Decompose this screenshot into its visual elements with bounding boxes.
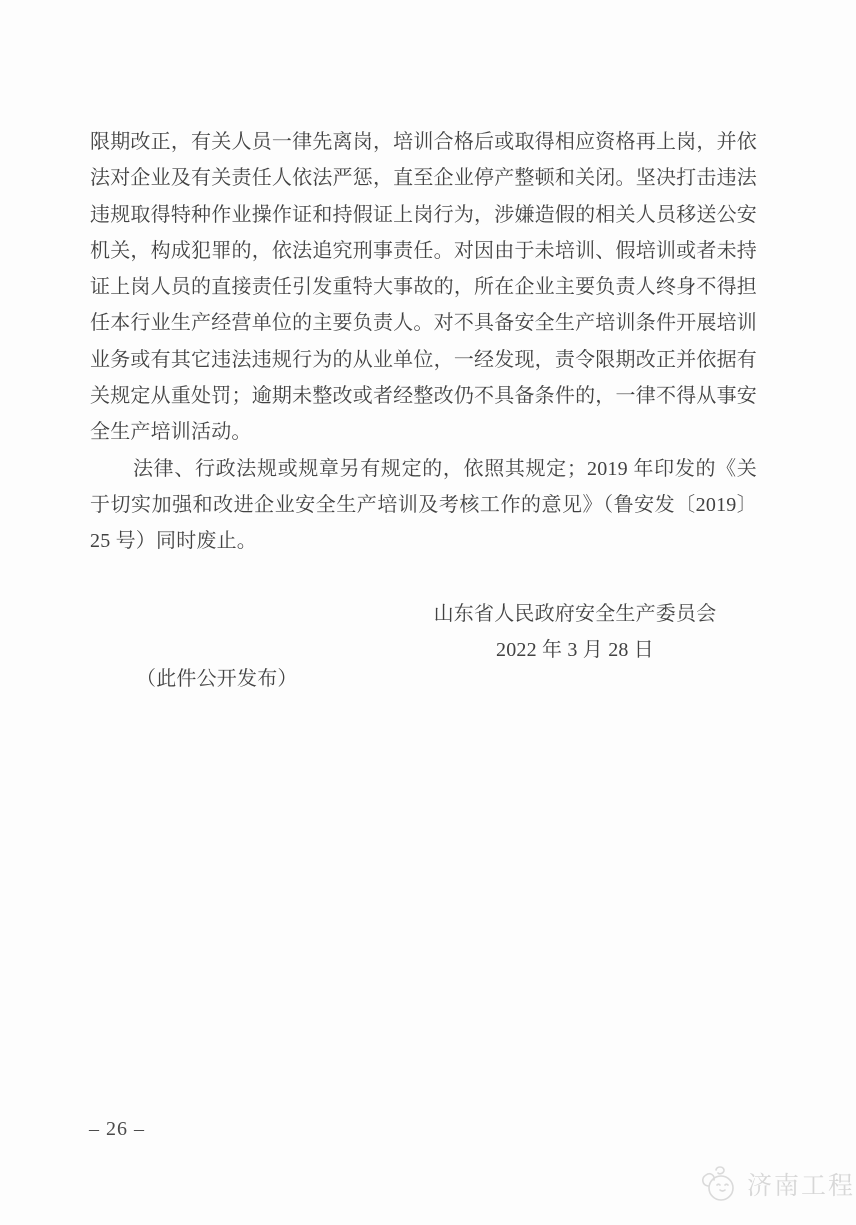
body-line: 25 号）同时废止。 <box>90 523 757 559</box>
body-line: 机关，构成犯罪的，依法追究刑事责任。对因由于未培训、假培训或者未持 <box>90 233 757 269</box>
signature-block: 山东省人民政府安全生产委员会 2022 年 3 月 28 日 <box>415 596 735 669</box>
body-line: 法律、行政法规或规章另有规定的，依照其规定；2019 年印发的《关 <box>90 451 757 487</box>
page-number: – 26 – <box>89 1118 145 1141</box>
body-line: 业务或有其它违法违规行为的从业单位，一经发现，责令限期改正并依据有 <box>90 342 757 378</box>
publish-note: （此件公开发布） <box>90 661 757 697</box>
body-line: 于切实加强和改进企业安全生产培训及考核工作的意见》（鲁安发〔2019〕 <box>90 487 757 523</box>
watermark-label: 济南工程 <box>747 1166 855 1202</box>
body-line: 任本行业生产经营单位的主要负责人。对不具备安全生产培训条件开展培训 <box>90 305 757 341</box>
body-line: 法对企业及有关责任人依法严惩，直至企业停产整顿和关闭。坚决打击违法 <box>90 160 757 196</box>
body-line: 限期改正，有关人员一律先离岗，培训合格后或取得相应资格再上岗，并依 <box>90 124 757 160</box>
watermark: 济南工程 <box>698 1164 855 1204</box>
body-line: 证上岗人员的直接责任引发重特大事故的，所在企业主要负责人终身不得担 <box>90 269 757 305</box>
mascot-face-icon <box>698 1164 740 1204</box>
body-line: 全生产培训活动。 <box>90 414 757 450</box>
document-page: 限期改正，有关人员一律先离岗，培训合格后或取得相应资格再上岗，并依 法对企业及有… <box>0 0 856 1225</box>
document-body: 限期改正，有关人员一律先离岗，培训合格后或取得相应资格再上岗，并依 法对企业及有… <box>90 124 757 698</box>
blank-line <box>90 560 757 596</box>
body-line: 关规定从重处罚；逾期未整改或者经整改仍不具备条件的，一律不得从事安 <box>90 378 757 414</box>
body-line: 违规取得特种作业操作证和持假证上岗行为，涉嫌造假的相关人员移送公安 <box>90 197 757 233</box>
signature-issuer: 山东省人民政府安全生产委员会 <box>415 596 735 632</box>
